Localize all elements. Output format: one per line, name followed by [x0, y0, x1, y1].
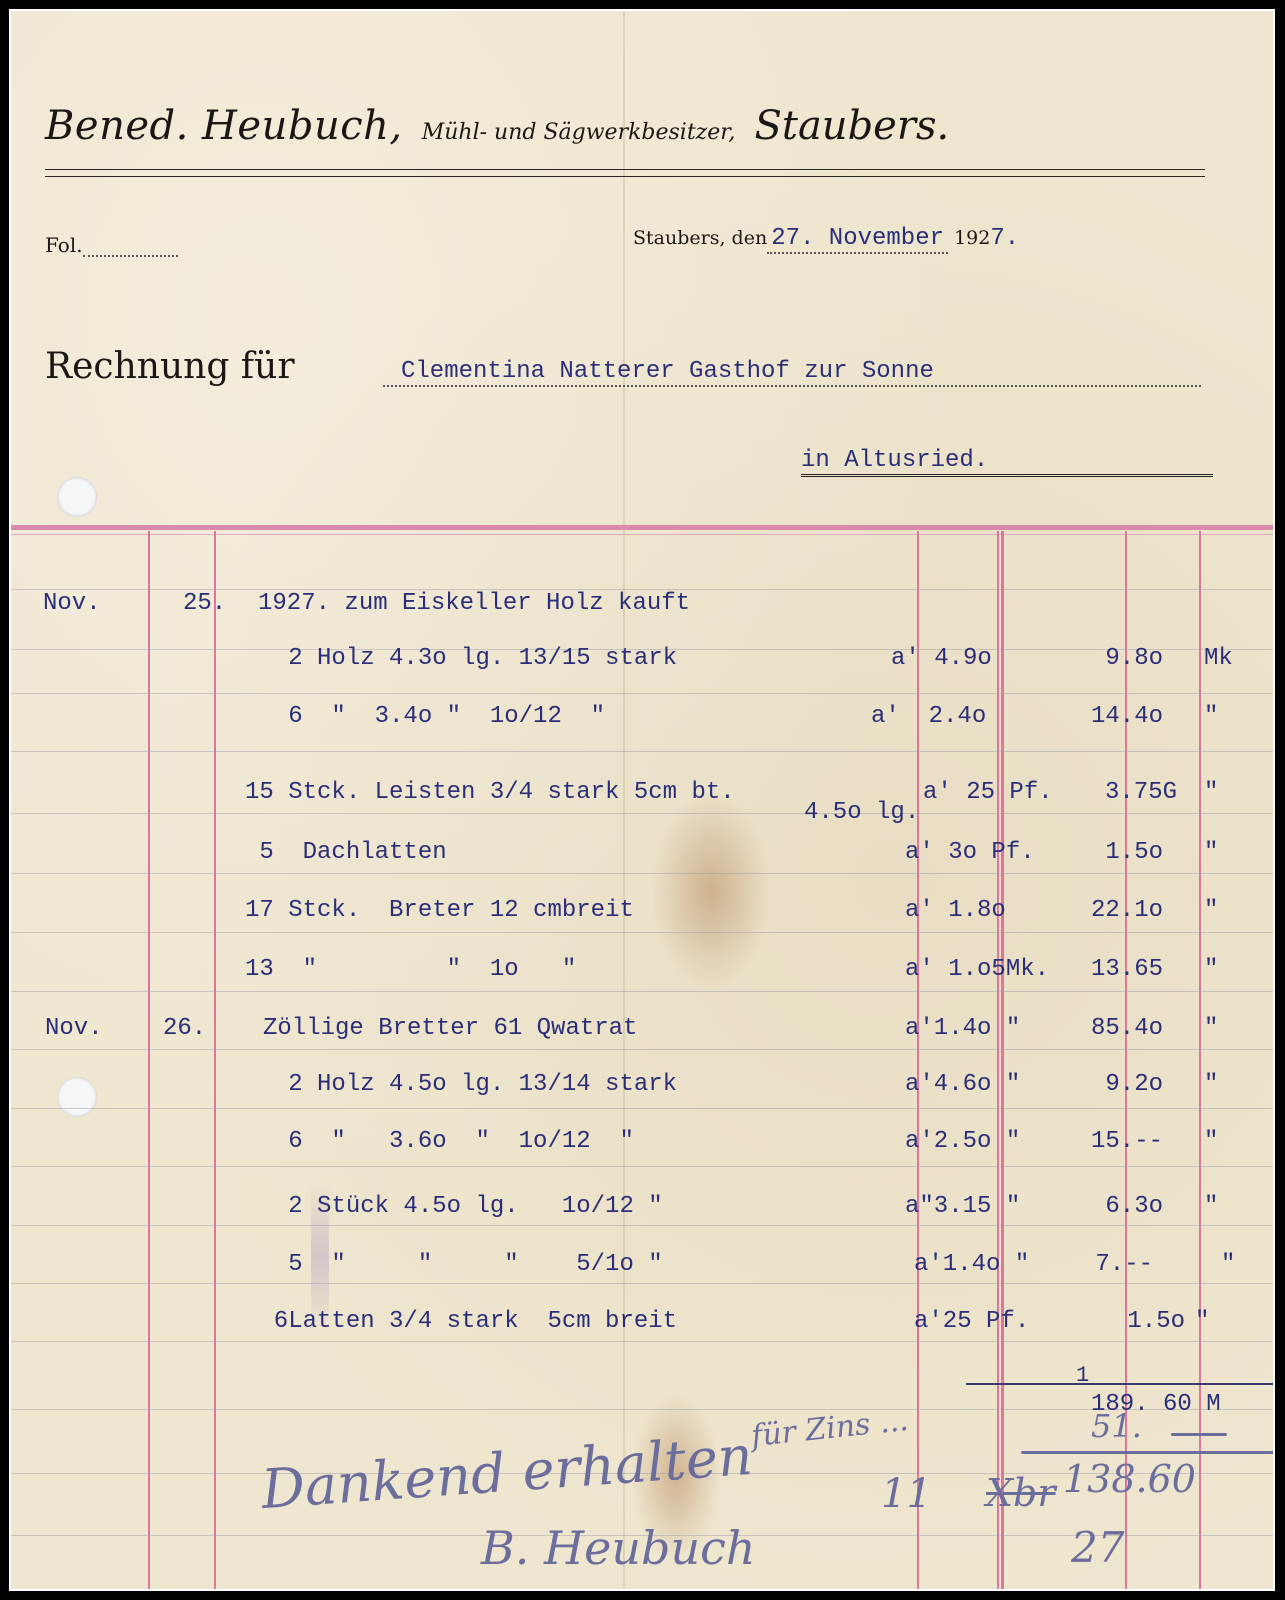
total-rule	[966, 1383, 1275, 1385]
item-unit-price: a'4.6o "	[905, 1071, 1020, 1098]
item-currency: "	[1204, 779, 1218, 806]
line-item: 5 " " " 5/1o " a'1.4o " 7.-- "	[11, 1251, 1273, 1285]
item-amount: 9.8o	[1105, 645, 1163, 672]
ledger-rule	[11, 1409, 1273, 1410]
ledger-top-rule-thin	[11, 534, 1273, 535]
item-currency: "	[1221, 1251, 1235, 1278]
handwritten-date-day: 11	[881, 1471, 932, 1517]
item-description: 6 " 3.6o " 1o/12 "	[245, 1128, 634, 1155]
item-day: 26.	[163, 1015, 206, 1042]
item-unit-price: a'1.4o "	[905, 1015, 1020, 1042]
ledger-rule	[11, 813, 1273, 814]
handwritten-year: 27	[1071, 1523, 1124, 1572]
folio-label: Fol.	[45, 233, 83, 257]
ledger-column-line	[214, 531, 216, 1589]
item-day: 25.	[183, 590, 226, 617]
item-unit-price: a' 1.8o	[905, 897, 1006, 924]
item-description: 5 Dachlatten	[245, 839, 447, 866]
item-currency: "	[1204, 1071, 1218, 1098]
letterhead-rule	[45, 169, 1205, 177]
item-amount: 14.4o	[1091, 703, 1163, 730]
line-item: 15 Stck. Leisten 3/4 stark 5cm bt. a' 25…	[11, 779, 1273, 813]
item-currency: "	[1204, 1128, 1218, 1155]
ledger-rule	[11, 693, 1273, 694]
ledger-rule	[11, 751, 1273, 752]
ledger-top-rule	[11, 525, 1273, 530]
company-place: Staubers.	[754, 103, 949, 149]
item-description: 15 Stck. Leisten 3/4 stark 5cm bt.	[245, 779, 735, 806]
item-unit-price: a' 25 Pf.	[923, 779, 1053, 806]
line-item: 6Latten 3/4 stark 5cm breit a'25 Pf. 1.5…	[11, 1308, 1273, 1342]
item-description: 13 " " 1o "	[245, 956, 576, 983]
letterhead: Bened. Heubuch, Mühl- und Sägwerkbesitze…	[45, 103, 1205, 163]
item-currency: Mk	[1204, 645, 1233, 672]
item-unit-price: a' 1.o5Mk.	[905, 956, 1049, 983]
item-description: 6 " 3.4o " 1o/12 "	[245, 703, 605, 730]
ledger-rule	[11, 1166, 1273, 1167]
item-unit-price: a' 4.9o	[891, 645, 992, 672]
item-currency: "	[1204, 1015, 1218, 1042]
item-currency: "	[1204, 956, 1218, 983]
item-description: 6Latten 3/4 stark 5cm breit	[245, 1308, 677, 1335]
ledger-column-line	[148, 531, 150, 1589]
line-item: 2 Stück 4.5o lg. 1o/12 " a"3.15 " 6.3o "	[11, 1193, 1273, 1227]
item-description: 2 Holz 4.3o lg. 13/15 stark	[245, 645, 677, 672]
item-amount: 15.--	[1091, 1128, 1163, 1155]
ledger-column-line	[1001, 531, 1004, 1589]
date-line: Staubers, den27. November 1927.	[633, 225, 1019, 254]
item-description: 17 Stck. Breter 12 cmbreit	[245, 897, 634, 924]
item-currency: "	[1204, 839, 1218, 866]
date-prefix: Staubers, den	[633, 227, 767, 249]
item-currency: "	[1204, 703, 1218, 730]
item-description: 1927. zum Eiskeller Holz kauft	[258, 590, 690, 617]
item-description: Zöllige Bretter 61 Qwatrat	[263, 1015, 637, 1042]
date-typed: 27. November	[767, 225, 948, 254]
line-item: 6 " 3.6o " 1o/12 " a'2.5o " 15.-- "	[11, 1128, 1273, 1162]
line-item: 13 " " 1o " a' 1.o5Mk. 13.65 "	[11, 956, 1273, 990]
handwritten-signature: B. Heubuch	[481, 1521, 755, 1575]
ledger-column-line	[1199, 531, 1201, 1589]
item-month: Nov.	[43, 590, 101, 617]
recipient-name: Clementina Natterer Gasthof zur Sonne	[383, 358, 1201, 387]
item-description: 2 Stück 4.5o lg. 1o/12 "	[245, 1193, 663, 1220]
invoice-document: Bened. Heubuch, Mühl- und Sägwerkbesitze…	[9, 9, 1275, 1591]
year-suffix: 7.	[990, 225, 1019, 252]
line-item: 2 Holz 4.3o lg. 13/15 stark a' 4.9o 9.8o…	[11, 645, 1273, 679]
item-amount: 3.75G	[1105, 779, 1177, 806]
item-description: 2 Holz 4.5o lg. 13/14 stark	[245, 1071, 677, 1098]
line-item: 6 " 3.4o " 1o/12 " a' 2.4o 14.4o "	[11, 703, 1273, 737]
line-item: 17 Stck. Breter 12 cmbreit a' 1.8o 22.1o…	[11, 897, 1273, 931]
item-currency: "	[1204, 897, 1218, 924]
item-amount: 7.--	[1095, 1251, 1153, 1278]
ledger-rule	[11, 932, 1273, 933]
folio-field: Fol.	[45, 233, 178, 257]
item-unit-price: a"3.15 "	[905, 1193, 1020, 1220]
item-description: 5 " " " 5/1o "	[245, 1251, 663, 1278]
item-unit-price: a'25 Pf.	[914, 1308, 1029, 1335]
company-name: Bened. Heubuch,	[45, 103, 403, 149]
item-unit-price: a' 2.4o	[871, 703, 986, 730]
item-amount: 6.3o	[1105, 1193, 1163, 1220]
ledger-rule	[11, 1049, 1273, 1050]
item-unit-price: a' 3o Pf.	[905, 839, 1035, 866]
ledger-column-line	[997, 531, 999, 1589]
punch-hole	[57, 477, 97, 517]
item-amount: 85.4o	[1091, 1015, 1163, 1042]
line-item: 5 Dachlatten a' 3o Pf. 1.5o "	[11, 839, 1273, 873]
ledger-rule	[11, 873, 1273, 874]
year-prefix: 192	[954, 227, 990, 249]
item-unit-price: a'1.4o "	[914, 1251, 1029, 1278]
item-currency: "	[1204, 1193, 1218, 1220]
item-currency: "	[1195, 1308, 1209, 1335]
invoice-heading: Rechnung für	[45, 346, 295, 387]
item-unit-price: a'2.5o "	[905, 1128, 1020, 1155]
item-amount: 1.5o	[1127, 1308, 1185, 1335]
carry-mark: 1	[1076, 1363, 1089, 1388]
item-month: Nov.	[45, 1015, 103, 1042]
handwritten-note-top: für Zins ...	[750, 1403, 910, 1454]
item-amount: 1.5o	[1105, 839, 1163, 866]
handwritten-dash	[1171, 1433, 1227, 1436]
item-sub-note: 4.5o lg.	[804, 799, 919, 826]
company-trade: Mühl- und Sägwerkbesitzer,	[422, 120, 736, 145]
recipient-location: in Altusried.	[801, 447, 1213, 477]
line-item: 2 Holz 4.5o lg. 13/14 stark a'4.6o " 9.2…	[11, 1071, 1273, 1105]
item-amount: 22.1o	[1091, 897, 1163, 924]
handwritten-subtract-rule	[1021, 1451, 1275, 1454]
handwritten-deduction: 51.	[1091, 1407, 1142, 1445]
ledger-rule	[11, 1108, 1273, 1109]
line-item: Nov. 26. Zöllige Bretter 61 Qwatrat a'1.…	[11, 1015, 1273, 1049]
ledger-column-line	[917, 531, 919, 1589]
handwritten-balance: 138.60	[1063, 1457, 1196, 1501]
line-item: Nov. 25. 1927. zum Eiskeller Holz kauft	[11, 590, 1273, 624]
item-amount: 13.65	[1091, 956, 1163, 983]
item-amount: 9.2o	[1105, 1071, 1163, 1098]
ledger-rule	[11, 991, 1273, 992]
handwritten-date-month: Xbr	[986, 1471, 1056, 1515]
